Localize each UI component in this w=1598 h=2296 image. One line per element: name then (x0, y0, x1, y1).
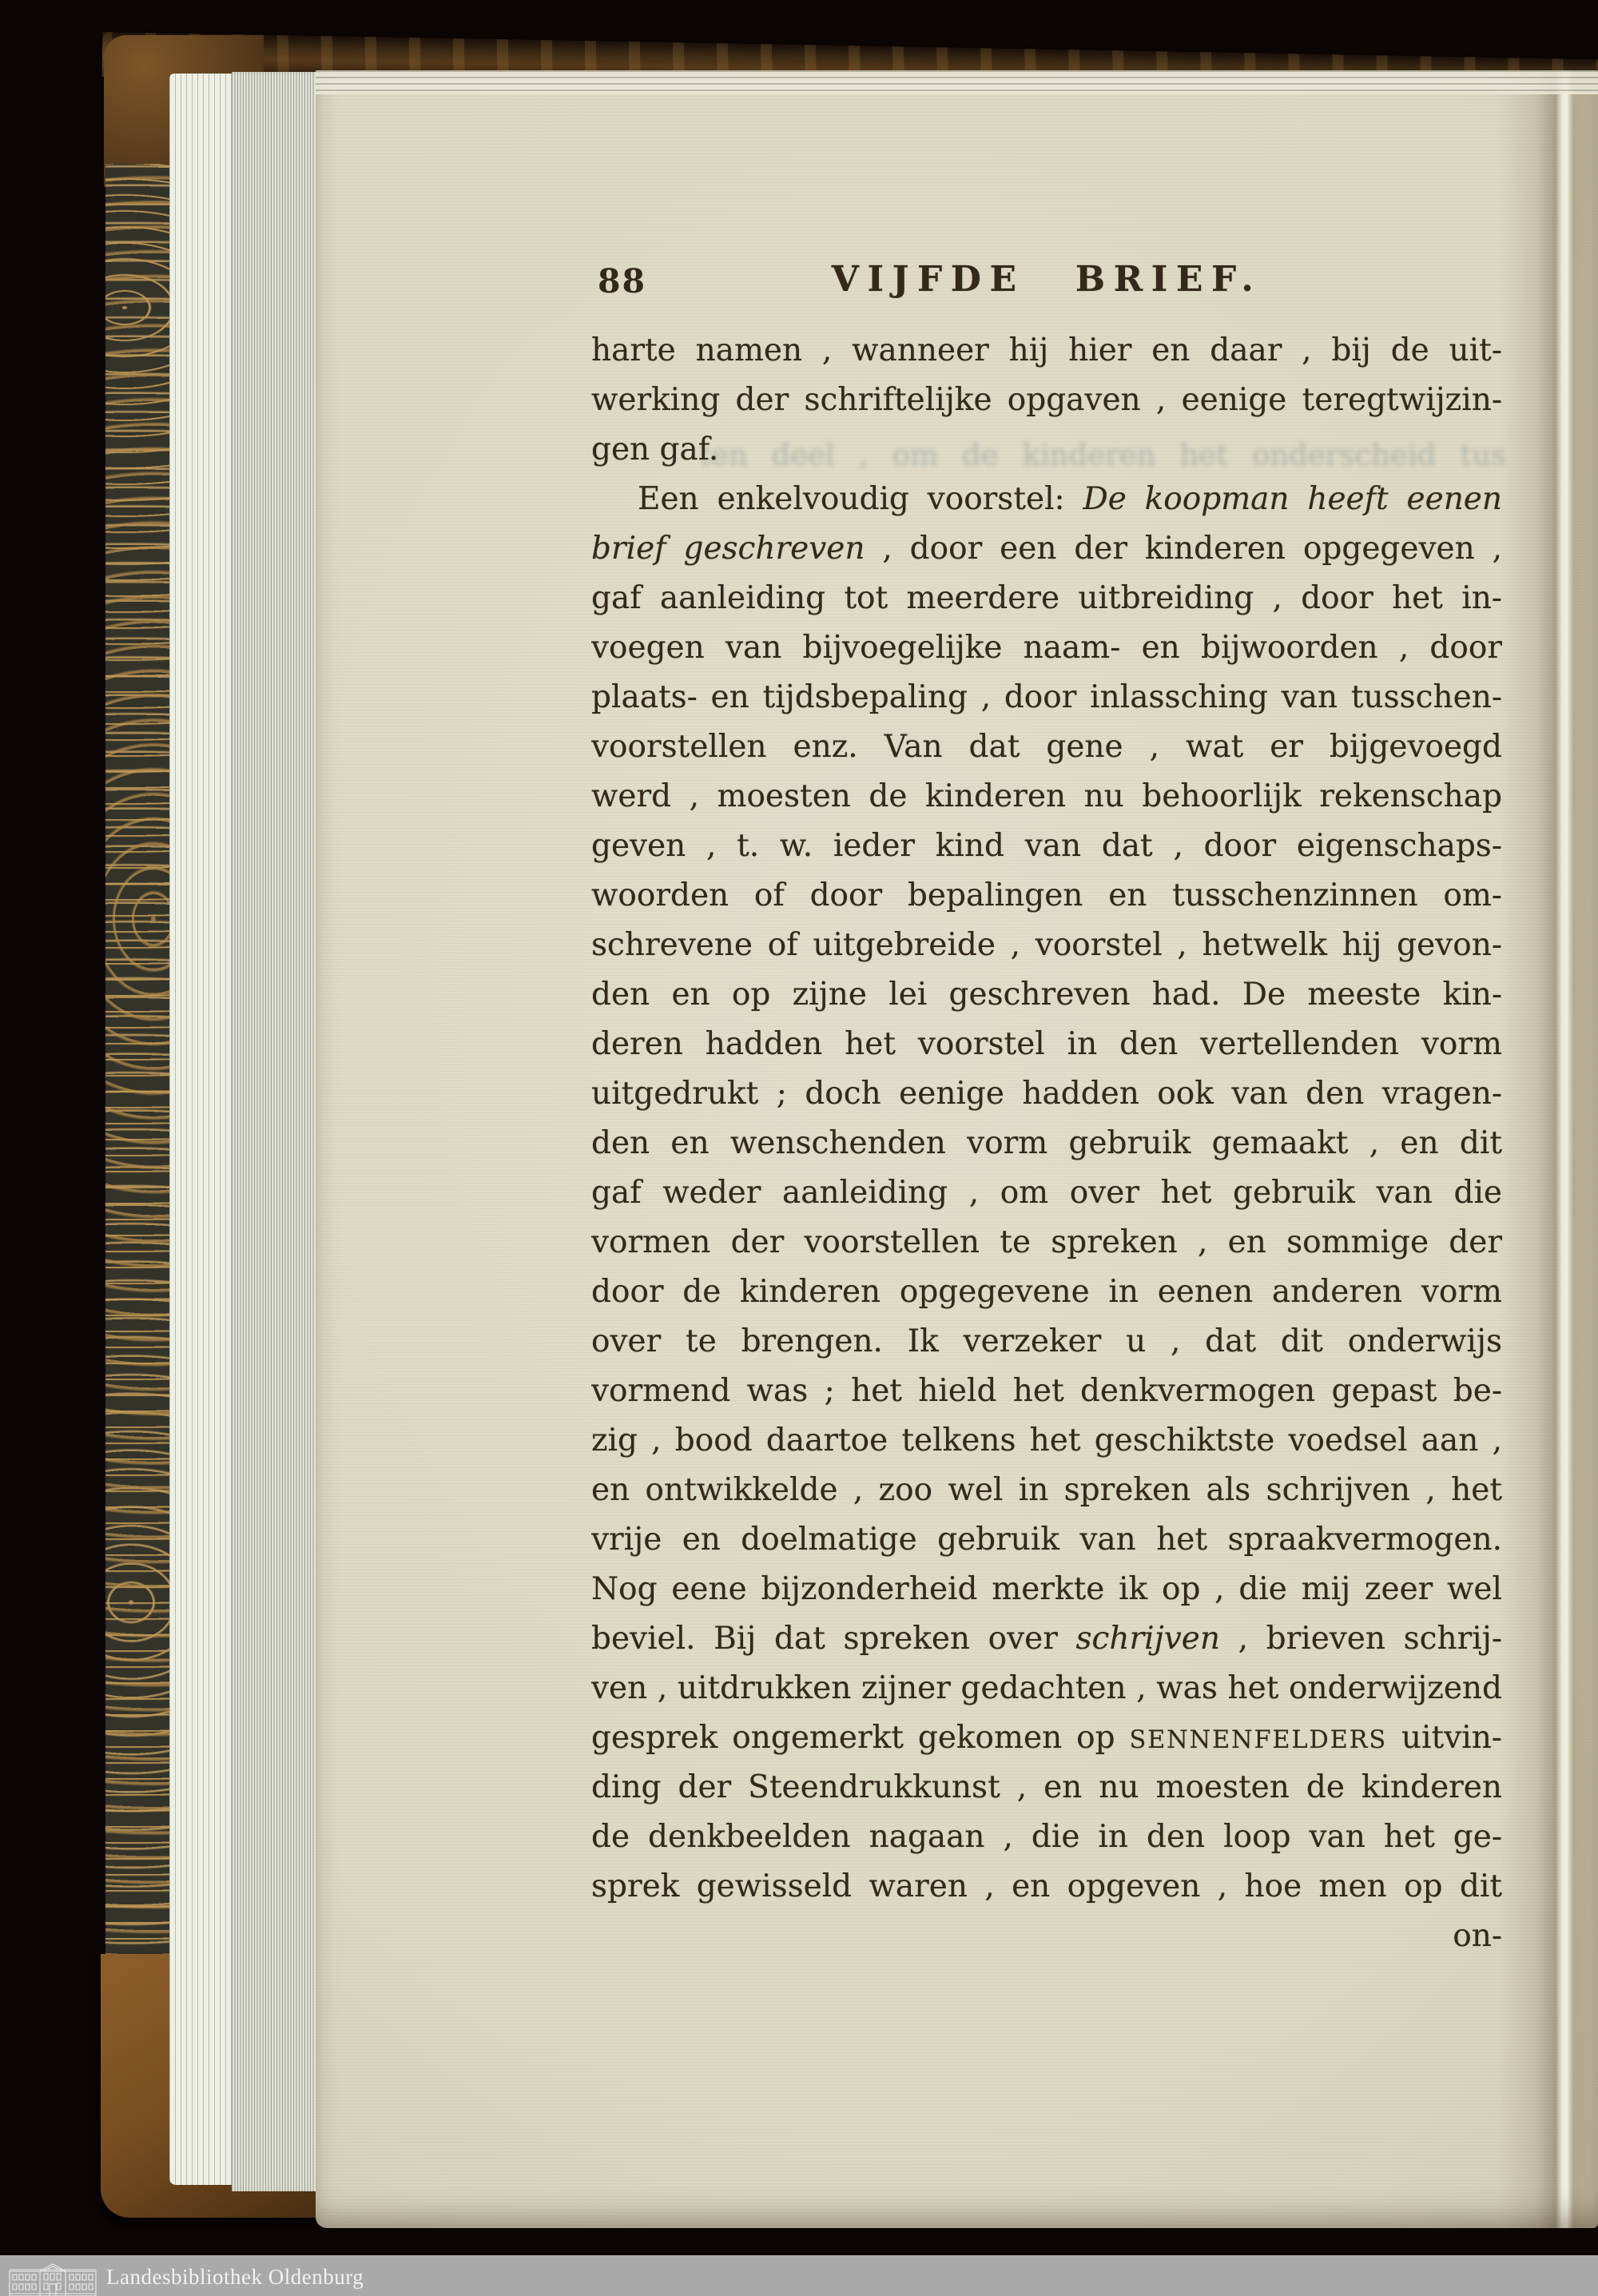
text-line: plaats- en tijdsbepaling , door inlassch… (591, 673, 1502, 722)
text-line: gaf aanleiding tot meerdere uitbreiding … (591, 574, 1502, 623)
text-segment: ding der Steendrukkunst , en nu moesten … (591, 1769, 1502, 1805)
text-line: harte namen , wanneer hij hier en daar ,… (591, 326, 1502, 376)
text-segment: sprek gewisseld waren , en opgeven , hoe… (591, 1868, 1502, 1904)
text-segment: gaf weder aanleiding , om over het gebru… (591, 1175, 1502, 1211)
text-segment: beviel. Bij dat spreken over (591, 1621, 1076, 1657)
text-line: vormend was ; het hield het denkvermogen… (591, 1367, 1502, 1416)
text-segment: plaats- en tijdsbepaling , door inlassch… (591, 679, 1502, 715)
text-segment: zig , bood daartoe telkens het geschikts… (591, 1423, 1502, 1458)
text-line: Een enkelvoudig voorstel: De koopman hee… (591, 475, 1502, 524)
text-line: Nog eene bijzonderheid merkte ik op , di… (591, 1565, 1502, 1614)
text-segment: gesprek ongemerkt gekomen op (591, 1720, 1129, 1756)
text-segment: gen gaf. (591, 432, 718, 468)
text-line: zig , bood daartoe telkens het geschikts… (591, 1416, 1502, 1466)
text-line: uitgedrukt ; doch eenige hadden ook van … (591, 1069, 1502, 1119)
marbled-board-edge (105, 164, 174, 1962)
text-segment: schrevene of uitgebreide , voorstel , he… (591, 927, 1502, 963)
text-line: brief geschreven , door een der kinderen… (591, 524, 1502, 574)
page-number: 88 (598, 262, 646, 300)
text-line: vormen der voorstellen te spreken , en s… (591, 1218, 1502, 1267)
text-segment: uitvin- (1387, 1720, 1502, 1756)
book-page: ten deel , om de kinderen het onderschei… (316, 70, 1598, 2228)
catchword: on- (591, 1912, 1502, 1961)
text-segment: door de kinderen opgegevene in eenen and… (591, 1274, 1502, 1310)
text-segment: Nog eene bijzonderheid merkte ik op , di… (591, 1571, 1502, 1607)
text-segment: , brieven schrij- (1220, 1621, 1502, 1657)
text-line: ven , uitdrukken zijner gedachten , was … (591, 1664, 1502, 1713)
library-building-icon (8, 2263, 97, 2296)
text-segment: gaf aanleiding tot meerdere uitbreiding … (591, 580, 1502, 616)
text-segment: voegen van bijvoegelijke naam- en bijwoo… (591, 630, 1502, 666)
text-line: sprek gewisseld waren , en opgeven , hoe… (591, 1862, 1502, 1912)
text-segment: de denkbeelden nagaan , die in den loop … (591, 1819, 1502, 1855)
text-segment: Een enkelvoudig voorstel: (638, 481, 1083, 517)
text-line: de denkbeelden nagaan , die in den loop … (591, 1813, 1502, 1862)
text-line: gesprek ongemerkt gekomen op SENNENFELDE… (591, 1713, 1502, 1763)
text-segment: den en wenschenden vorm gebruik gemaakt … (591, 1125, 1502, 1161)
text-segment: werking der schriftelijke opgaven , eeni… (591, 382, 1502, 418)
text-segment: harte namen , wanneer hij hier en daar ,… (591, 332, 1502, 368)
text-line: voegen van bijvoegelijke naam- en bijwoo… (591, 623, 1502, 673)
scan-footer-bar: Landesbibliothek Oldenburg (0, 2255, 1598, 2296)
running-title: VIJFDE BRIEF. (591, 256, 1502, 300)
body-lines: harte namen , wanneer hij hier en daar ,… (591, 326, 1502, 1912)
text-segment: geven , t. w. ieder kind van dat , door … (591, 828, 1502, 864)
text-segment: vrije en doelmatige gebruik van het spra… (591, 1522, 1502, 1558)
page-edges-inner (169, 74, 232, 2185)
library-name-label: Landesbibliothek Oldenburg (106, 2255, 364, 2296)
text-line: woorden of door bepalingen en tusschenzi… (591, 871, 1502, 921)
text-segment: vormend was ; het hield het denkvermogen… (591, 1373, 1502, 1409)
text-segment: over te brengen. Ik verzeker u , dat dit… (591, 1323, 1502, 1359)
text-line: den en wenschenden vorm gebruik gemaakt … (591, 1119, 1502, 1168)
text-line: over te brengen. Ik verzeker u , dat dit… (591, 1317, 1502, 1367)
text-segment: ven , uitdrukken zijner gedachten , was … (591, 1670, 1502, 1706)
text-segment: vormen der voorstellen te spreken , en s… (591, 1224, 1502, 1260)
text-line: deren hadden het voorstel in den vertell… (591, 1020, 1502, 1069)
text-segment: , door een der kinderen opgegeven , (865, 531, 1502, 567)
text-segment: voorstellen enz. Van dat gene , wat er b… (591, 729, 1502, 765)
text-line: werking der schriftelijke opgaven , eeni… (591, 376, 1502, 425)
text-line: en ontwikkelde , zoo wel in spreken als … (591, 1466, 1502, 1515)
text-line: schrevene of uitgebreide , voorstel , he… (591, 921, 1502, 970)
text-segment: en ontwikkelde , zoo wel in spreken als … (591, 1472, 1502, 1508)
text-line: gaf weder aanleiding , om over het gebru… (591, 1168, 1502, 1218)
text-segment-italic: brief geschreven (591, 531, 865, 567)
text-segment-italic: schrijven (1076, 1621, 1220, 1657)
text-segment: deren hadden het voorstel in den vertell… (591, 1026, 1502, 1062)
text-line: gen gaf. (591, 425, 1502, 475)
text-line: ding der Steendrukkunst , en nu moesten … (591, 1763, 1502, 1813)
text-line: vrije en doelmatige gebruik van het spra… (591, 1515, 1502, 1565)
page-header: 88 VIJFDE BRIEF. (591, 256, 1502, 312)
text-line: den en op zijne lei geschreven had. De m… (591, 970, 1502, 1020)
text-segment: uitgedrukt ; doch eenige hadden ook van … (591, 1076, 1502, 1112)
text-line: beviel. Bij dat spreken over schrijven ,… (591, 1614, 1502, 1664)
text-segment-italic: De koopman heeft eenen (1083, 481, 1503, 517)
text-segment: woorden of door bepalingen en tusschenzi… (591, 877, 1502, 913)
text-segment: werd , moesten de kinderen nu behoorlijk… (591, 778, 1502, 814)
text-line: door de kinderen opgegevene in eenen and… (591, 1267, 1502, 1317)
text-segment: den en op zijne lei geschreven had. De m… (591, 977, 1502, 1013)
text-line: geven , t. w. ieder kind van dat , door … (591, 822, 1502, 871)
text-line: werd , moesten de kinderen nu behoorlijk… (591, 772, 1502, 822)
text-segment-smallcaps: SENNENFELDERS (1129, 1726, 1387, 1754)
text-line: voorstellen enz. Van dat gene , wat er b… (591, 722, 1502, 772)
book-scan-viewport: ten deel , om de kinderen het onderschei… (0, 0, 1598, 2296)
page-edges-outer (232, 72, 324, 2191)
